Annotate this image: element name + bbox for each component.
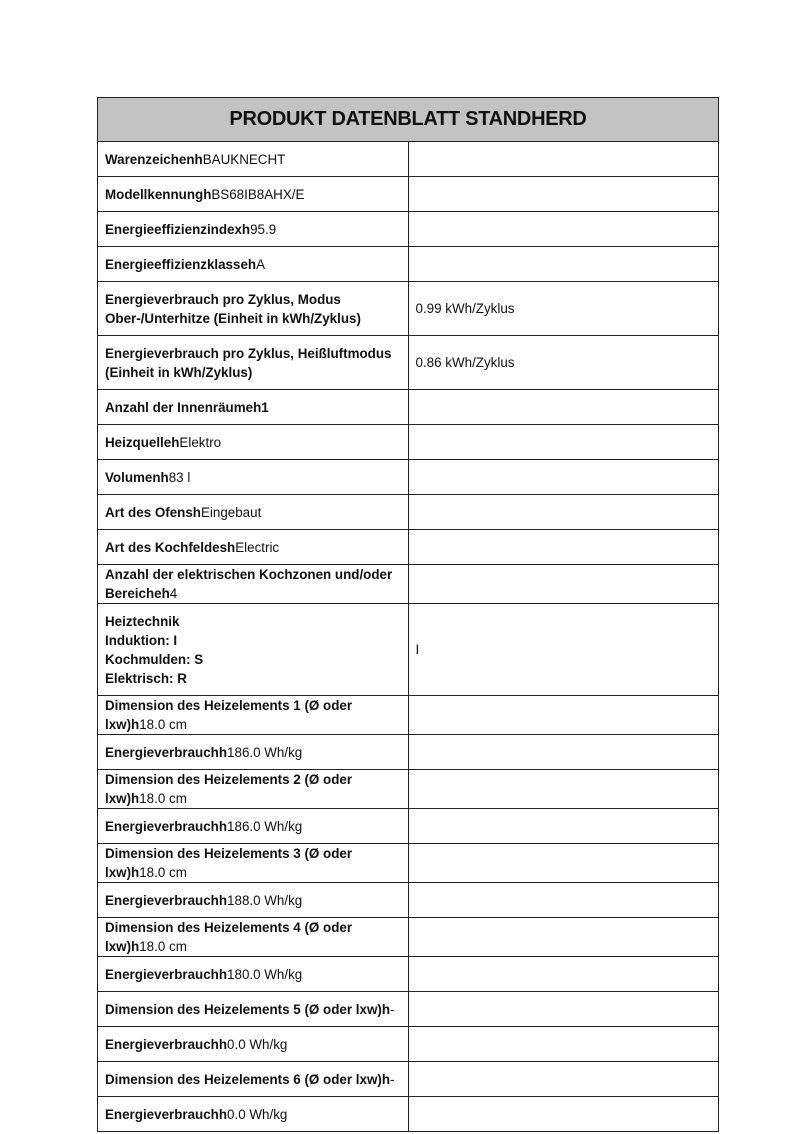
value-cell bbox=[408, 735, 719, 770]
label-cell: EnergieeffizienzklassehA bbox=[98, 247, 409, 282]
label-cell: Dimension des Heizelements 1 (Ø oder lxw… bbox=[98, 696, 409, 735]
title-row: PRODUKT DATENBLATT STANDHERD bbox=[98, 98, 719, 142]
field-value: 83 l bbox=[169, 470, 191, 485]
datasheet-table: PRODUKT DATENBLATT STANDHERD Warenzeiche… bbox=[97, 97, 719, 1132]
field-value: Elektro bbox=[179, 435, 221, 450]
label-cell: Energieverbrauchh186.0 Wh/kg bbox=[98, 735, 409, 770]
value-cell bbox=[408, 770, 719, 809]
field-value: 95.9 bbox=[250, 222, 276, 237]
field-value: 186.0 Wh/kg bbox=[227, 819, 302, 834]
table-row-efficiency-class: EnergieeffizienzklassehA bbox=[98, 247, 719, 282]
table-row-element-4-energy: Energieverbrauchh180.0 Wh/kg bbox=[98, 957, 719, 992]
value-cell bbox=[408, 992, 719, 1027]
field-value: 18.0 cm bbox=[139, 939, 187, 954]
field-value: - bbox=[390, 1072, 394, 1087]
value-cell: 0.99 kWh/Zyklus bbox=[408, 282, 719, 336]
legend-radiant: Elektrisch: R bbox=[105, 669, 401, 688]
table-row-energy-conventional: Energieverbrauch pro Zyklus, Modus Ober-… bbox=[98, 282, 719, 336]
table-row-cavities: Anzahl der Innenräumeh1 bbox=[98, 390, 719, 425]
field-label: Energieverbrauchh bbox=[105, 893, 227, 908]
field-value: BS68IB8AHX/E bbox=[211, 187, 304, 202]
field-label: Energieverbrauchh bbox=[105, 1037, 227, 1052]
field-value: BAUKNECHT bbox=[203, 152, 286, 167]
label-cell: Art des KochfeldeshElectric bbox=[98, 530, 409, 565]
legend-solid-plates: Kochmulden: S bbox=[105, 650, 401, 669]
table-row-element-5-energy: Energieverbrauchh0.0 Wh/kg bbox=[98, 1027, 719, 1062]
label-cell: Energieverbrauchh188.0 Wh/kg bbox=[98, 883, 409, 918]
label-cell: Energieverbrauchh0.0 Wh/kg bbox=[98, 1097, 409, 1132]
label-cell: Energieverbrauch pro Zyklus, Heißluftmod… bbox=[98, 336, 409, 390]
datasheet-title: PRODUKT DATENBLATT STANDHERD bbox=[98, 98, 719, 142]
legend-induction: Induktion: I bbox=[105, 631, 401, 650]
field-value: 18.0 cm bbox=[139, 791, 187, 806]
value-cell bbox=[408, 918, 719, 957]
label-cell: ModellkennunghBS68IB8AHX/E bbox=[98, 177, 409, 212]
field-value: 0.0 Wh/kg bbox=[227, 1107, 287, 1122]
field-label: Warenzeichenh bbox=[105, 152, 203, 167]
field-value: 180.0 Wh/kg bbox=[227, 967, 302, 982]
field-value: 188.0 Wh/kg bbox=[227, 893, 302, 908]
field-label: Energieverbrauchh bbox=[105, 819, 227, 834]
value-cell: 0.86 kWh/Zyklus bbox=[408, 336, 719, 390]
field-label: Energieverbrauchh bbox=[105, 967, 227, 982]
field-value: Eingebaut bbox=[201, 505, 261, 520]
value-cell bbox=[408, 247, 719, 282]
field-label: Energieeffizienzklasseh bbox=[105, 257, 256, 272]
label-cell: Anzahl der elektrischen Kochzonen und/od… bbox=[98, 565, 409, 604]
table-row-hob-type: Art des KochfeldeshElectric bbox=[98, 530, 719, 565]
table-row-element-1-energy: Energieverbrauchh186.0 Wh/kg bbox=[98, 735, 719, 770]
table-row-element-5-dimension: Dimension des Heizelements 5 (Ø oder lxw… bbox=[98, 992, 719, 1027]
value-cell bbox=[408, 565, 719, 604]
field-label: Art des Kochfeldesh bbox=[105, 540, 235, 555]
table-row-element-4-dimension: Dimension des Heizelements 4 (Ø oder lxw… bbox=[98, 918, 719, 957]
field-label: Dimension des Heizelements 5 (Ø oder lxw… bbox=[105, 1002, 390, 1017]
value-cell bbox=[408, 957, 719, 992]
label-cell: Heiztechnik Induktion: I Kochmulden: S E… bbox=[98, 604, 409, 696]
value-cell bbox=[408, 142, 719, 177]
product-datasheet: PRODUKT DATENBLATT STANDHERD Warenzeiche… bbox=[97, 97, 719, 1132]
field-value: 0.0 Wh/kg bbox=[227, 1037, 287, 1052]
value-cell bbox=[408, 1062, 719, 1097]
value-cell: I bbox=[408, 604, 719, 696]
field-value: 18.0 cm bbox=[139, 717, 187, 732]
value-cell bbox=[408, 495, 719, 530]
table-row-oven-type: Art des OfenshEingebaut bbox=[98, 495, 719, 530]
field-label: Modellkennungh bbox=[105, 187, 211, 202]
table-row-volume: Volumenh83 l bbox=[98, 460, 719, 495]
label-cell: Energieverbrauchh186.0 Wh/kg bbox=[98, 809, 409, 844]
value-cell bbox=[408, 390, 719, 425]
label-cell: Dimension des Heizelements 4 (Ø oder lxw… bbox=[98, 918, 409, 957]
table-row-element-1-dimension: Dimension des Heizelements 1 (Ø oder lxw… bbox=[98, 696, 719, 735]
field-value: 18.0 cm bbox=[139, 865, 187, 880]
table-row-element-3-energy: Energieverbrauchh188.0 Wh/kg bbox=[98, 883, 719, 918]
table-row-element-3-dimension: Dimension des Heizelements 3 (Ø oder lxw… bbox=[98, 844, 719, 883]
table-row-energy-fan: Energieverbrauch pro Zyklus, Heißluftmod… bbox=[98, 336, 719, 390]
label-cell: Dimension des Heizelements 2 (Ø oder lxw… bbox=[98, 770, 409, 809]
label-cell: Energieverbrauchh0.0 Wh/kg bbox=[98, 1027, 409, 1062]
field-label: Art des Ofensh bbox=[105, 505, 201, 520]
field-label: Anzahl der Innenräumeh1 bbox=[105, 400, 269, 415]
label-cell: Dimension des Heizelements 6 (Ø oder lxw… bbox=[98, 1062, 409, 1097]
value-cell bbox=[408, 212, 719, 247]
field-label: Anzahl der elektrischen Kochzonen und/od… bbox=[105, 567, 392, 601]
label-cell: HeizquellehElektro bbox=[98, 425, 409, 460]
table-row-element-6-energy: Energieverbrauchh0.0 Wh/kg bbox=[98, 1097, 719, 1132]
table-row-brand: WarenzeichenhBAUKNECHT bbox=[98, 142, 719, 177]
field-label: Energieverbrauchh bbox=[105, 745, 227, 760]
field-label: Energieverbrauchh bbox=[105, 1107, 227, 1122]
value-cell bbox=[408, 1027, 719, 1062]
table-row-element-2-energy: Energieverbrauchh186.0 Wh/kg bbox=[98, 809, 719, 844]
value-cell bbox=[408, 530, 719, 565]
value-cell bbox=[408, 696, 719, 735]
label-cell: Dimension des Heizelements 5 (Ø oder lxw… bbox=[98, 992, 409, 1027]
value-cell bbox=[408, 883, 719, 918]
label-cell: Energieverbrauch pro Zyklus, Modus Ober-… bbox=[98, 282, 409, 336]
value-cell bbox=[408, 844, 719, 883]
field-value: - bbox=[390, 1002, 394, 1017]
field-value: A bbox=[256, 257, 265, 272]
field-label: Heizquelleh bbox=[105, 435, 179, 450]
label-cell: Art des OfenshEingebaut bbox=[98, 495, 409, 530]
label-cell: Volumenh83 l bbox=[98, 460, 409, 495]
table-row-element-6-dimension: Dimension des Heizelements 6 (Ø oder lxw… bbox=[98, 1062, 719, 1097]
table-row-element-2-dimension: Dimension des Heizelements 2 (Ø oder lxw… bbox=[98, 770, 719, 809]
field-label: Energieeffizienzindexh bbox=[105, 222, 250, 237]
label-cell: WarenzeichenhBAUKNECHT bbox=[98, 142, 409, 177]
field-value: 4 bbox=[170, 586, 177, 601]
table-row-heating-technology: Heiztechnik Induktion: I Kochmulden: S E… bbox=[98, 604, 719, 696]
field-label: Heiztechnik bbox=[105, 612, 401, 631]
value-cell bbox=[408, 177, 719, 212]
field-label: Dimension des Heizelements 6 (Ø oder lxw… bbox=[105, 1072, 390, 1087]
table-row-cooking-zones: Anzahl der elektrischen Kochzonen und/od… bbox=[98, 565, 719, 604]
table-row-efficiency-index: Energieeffizienzindexh95.9 bbox=[98, 212, 719, 247]
field-value: 186.0 Wh/kg bbox=[227, 745, 302, 760]
value-cell bbox=[408, 460, 719, 495]
field-label: Energieverbrauch pro Zyklus, Modus Ober-… bbox=[105, 292, 361, 326]
label-cell: Dimension des Heizelements 3 (Ø oder lxw… bbox=[98, 844, 409, 883]
field-label: Energieverbrauch pro Zyklus, Heißluftmod… bbox=[105, 346, 391, 380]
field-label: Volumenh bbox=[105, 470, 169, 485]
value-cell bbox=[408, 809, 719, 844]
label-cell: Anzahl der Innenräumeh1 bbox=[98, 390, 409, 425]
table-row-model: ModellkennunghBS68IB8AHX/E bbox=[98, 177, 719, 212]
field-value: Electric bbox=[235, 540, 279, 555]
label-cell: Energieverbrauchh180.0 Wh/kg bbox=[98, 957, 409, 992]
value-cell bbox=[408, 425, 719, 460]
label-cell: Energieeffizienzindexh95.9 bbox=[98, 212, 409, 247]
table-row-heat-source: HeizquellehElektro bbox=[98, 425, 719, 460]
value-cell bbox=[408, 1097, 719, 1132]
